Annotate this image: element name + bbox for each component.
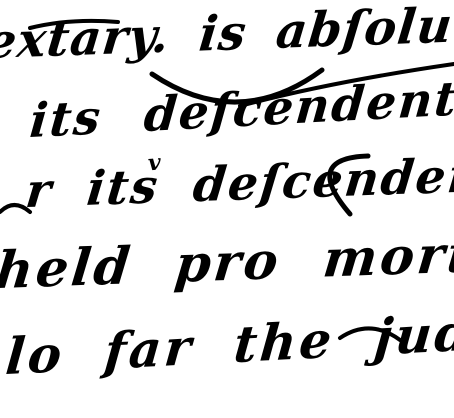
insertion-caret-mark: v [147,150,162,177]
manuscript-line-2: its deſcendents c [28,70,454,145]
manuscript-line-5: lo far the judges [4,302,454,382]
manuscript-page: extary. is abſolutely its deſcendents c … [0,0,454,418]
manuscript-line-3: r its deſcendens [24,151,454,215]
manuscript-line-4: held pro mortue [0,227,454,298]
manuscript-line-1: extary. is abſolutely [0,0,454,66]
